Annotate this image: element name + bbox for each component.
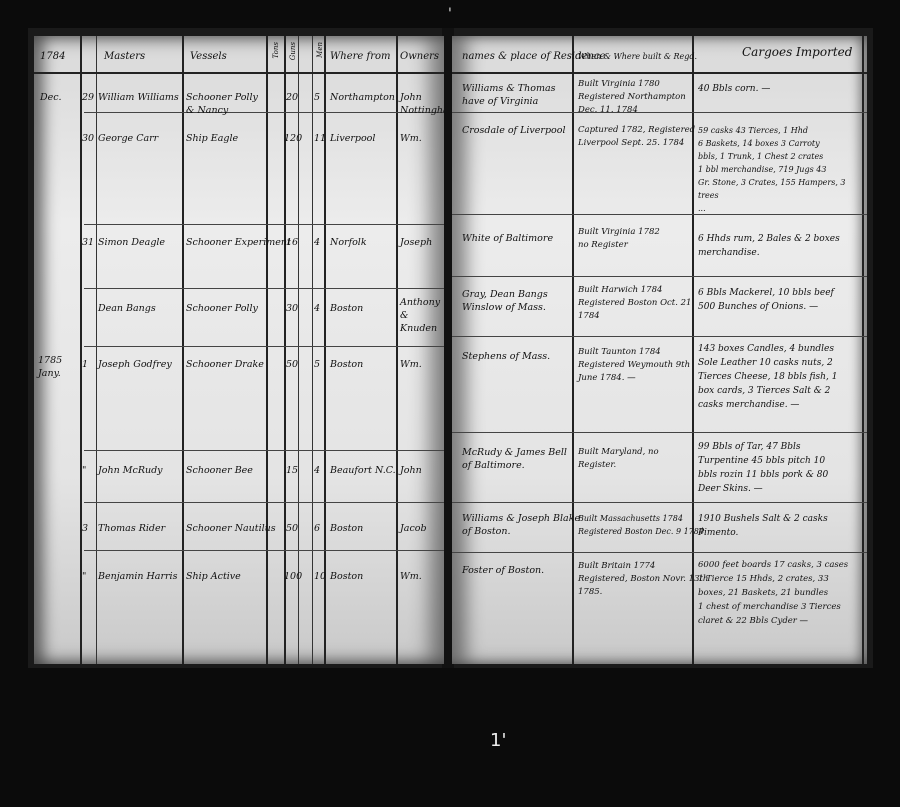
row-rule — [452, 336, 867, 337]
row-owner: Wm. — [400, 132, 422, 145]
row-day: " — [82, 464, 86, 477]
row-residence: Stephens of Mass. — [462, 350, 550, 363]
row-master: Thomas Rider — [98, 522, 165, 535]
row-tons: 50 — [286, 522, 298, 535]
row-where-from: Boston — [330, 570, 363, 583]
row-cargo: 6000 feet boards 17 casks, 3 cases 1 Tie… — [698, 558, 848, 628]
row-rule — [84, 450, 444, 451]
row-cargo: 99 Bbls of Tar, 47 Bbls Turpentine 45 bb… — [698, 440, 828, 496]
row-master: Joseph Godfrey — [98, 358, 172, 371]
row-owner: Wm. — [400, 358, 422, 371]
row-men: 6 — [314, 522, 320, 535]
row-master: Simon Deagle — [98, 236, 165, 249]
frame-marker: 1' — [490, 730, 506, 751]
row-men: 11 — [314, 132, 326, 145]
row-where-from: Liverpool — [330, 132, 375, 145]
row-residence: Foster of Boston. — [462, 564, 544, 577]
row-tons: 20 — [286, 91, 298, 104]
row-men: 10 — [314, 570, 326, 583]
row-owner: Jacob — [400, 522, 427, 535]
row-residence: Williams & Joseph Blake of Boston. — [462, 512, 580, 538]
row-built: Built Taunton 1784 Registered Weymouth 9… — [578, 346, 690, 385]
row-where-from: Northampton — [330, 91, 395, 104]
row-where-from: Beaufort N.C. — [330, 464, 396, 477]
rule — [96, 36, 97, 664]
row-rule — [84, 288, 444, 289]
header-tons: Tons — [270, 42, 283, 58]
row-day: 31 — [82, 236, 94, 249]
row-built: Built Britain 1774 Registered, Boston No… — [578, 560, 708, 599]
right-page: names & place of Residence When & Where … — [452, 36, 867, 664]
row-rule — [452, 552, 867, 553]
row-owner: John — [400, 464, 422, 477]
row-day: " — [82, 570, 86, 583]
row-residence: Williams & Thomas have of Virginia — [462, 82, 556, 108]
header-year: 1784 — [40, 50, 65, 63]
rule — [312, 36, 313, 664]
row-master: George Carr — [98, 132, 158, 145]
row-rule — [84, 502, 444, 503]
row-owner: Wm. — [400, 570, 422, 583]
header-cargoes: Cargoes Imported — [742, 46, 852, 59]
row-cargo: 1910 Bushels Salt & 2 casks Pimento. — [698, 512, 828, 540]
header-owners: Owners — [400, 50, 439, 63]
row-day: 30 — [82, 132, 94, 145]
row-master: John McRudy — [98, 464, 163, 477]
left-page: 1784 Masters Vessels Tons Guns Men Where… — [34, 36, 444, 664]
row-rule — [84, 112, 444, 113]
row-rule — [452, 502, 867, 503]
top-mark: ' — [448, 6, 452, 22]
rule — [182, 36, 184, 664]
row-rule — [84, 224, 444, 225]
row-men: 5 — [314, 91, 320, 104]
rule — [396, 36, 398, 664]
row-tons: 30 — [286, 302, 298, 315]
row-cargo: 6 Bbls Mackerel, 10 bbls beef 500 Bunche… — [698, 286, 834, 314]
header-guns: Guns — [287, 42, 300, 60]
row-owner: John Nottingham — [400, 91, 444, 117]
row-tons: 15 — [286, 464, 298, 477]
row-tons: 120 — [284, 132, 302, 145]
row-vessel: Ship Active — [186, 570, 241, 583]
row-built: Built Harwich 1784 Registered Boston Oct… — [578, 284, 691, 323]
row-master: Dean Bangs — [98, 302, 156, 315]
header-rule — [34, 72, 444, 74]
row-residence: Crosdale of Liverpool — [462, 124, 566, 137]
row-built: Built Virginia 1782 no Register — [578, 226, 660, 252]
row-vessel: Ship Eagle — [186, 132, 238, 145]
row-residence: Gray, Dean Bangs Winslow of Mass. — [462, 288, 548, 314]
row-residence: McRudy & James Bell of Baltimore. — [462, 446, 567, 472]
row-master: Benjamin Harris — [98, 570, 177, 583]
row-vessel: Schooner Experiment — [186, 236, 291, 249]
row-built: Built Massachusetts 1784 Registered Bost… — [578, 512, 704, 538]
row-rule — [84, 550, 444, 551]
row-where-from: Norfolk — [330, 236, 367, 249]
row-where-from: Boston — [330, 358, 363, 371]
row-built: Captured 1782, Registered Liverpool Sept… — [578, 124, 695, 150]
row-built: Built Maryland, no Register. — [578, 446, 659, 472]
row-vessel: Schooner Bee — [186, 464, 253, 477]
row-cargo: 40 Bbls corn. — — [698, 82, 770, 96]
row-owner: Anthony & Knuden — [400, 296, 444, 335]
row-tons: 16 — [286, 236, 298, 249]
row-built: Built Virginia 1780 Registered Northampt… — [578, 78, 686, 117]
row-cargo: 143 boxes Candles, 4 bundles Sole Leathe… — [698, 342, 837, 412]
row-men: 4 — [314, 236, 320, 249]
rule — [266, 36, 268, 664]
row-month: Dec. — [40, 91, 62, 104]
row-men: 5 — [314, 358, 320, 371]
row-master: William Williams — [98, 91, 179, 104]
header-masters: Masters — [104, 50, 145, 63]
row-rule — [452, 276, 867, 277]
row-day: 1 — [82, 358, 88, 371]
row-vessel: Schooner Polly & Nancy — [186, 91, 264, 117]
row-day: 3 — [82, 522, 88, 535]
row-month: 1785 Jany. — [38, 354, 78, 380]
row-cargo: 59 casks 43 Tierces, 1 Hhd 6 Baskets, 14… — [698, 124, 867, 215]
row-vessel: Schooner Drake — [186, 358, 264, 371]
row-rule — [452, 432, 867, 433]
row-residence: White of Baltimore — [462, 232, 553, 245]
row-tons: 100 — [284, 570, 302, 583]
row-vessel: Schooner Nautilus — [186, 522, 276, 535]
row-men: 4 — [314, 464, 320, 477]
row-rule — [84, 346, 444, 347]
ledger-book: 1784 Masters Vessels Tons Guns Men Where… — [28, 28, 873, 668]
row-where-from: Boston — [330, 522, 363, 535]
row-owner: Joseph — [400, 236, 432, 249]
row-where-from: Boston — [330, 302, 363, 315]
row-tons: 50 — [286, 358, 298, 371]
row-day: 29 — [82, 91, 94, 104]
header-men: Men — [314, 42, 327, 58]
header-built-registered: When & Where built & Regd. — [578, 50, 697, 63]
header-vessels: Vessels — [190, 50, 227, 63]
row-vessel: Schooner Polly — [186, 302, 258, 315]
row-men: 4 — [314, 302, 320, 315]
header-where-from: Where from — [330, 50, 391, 63]
rule — [572, 36, 574, 664]
header-rule — [452, 72, 867, 74]
row-cargo: 6 Hhds rum, 2 Bales & 2 boxes merchandis… — [698, 232, 840, 260]
